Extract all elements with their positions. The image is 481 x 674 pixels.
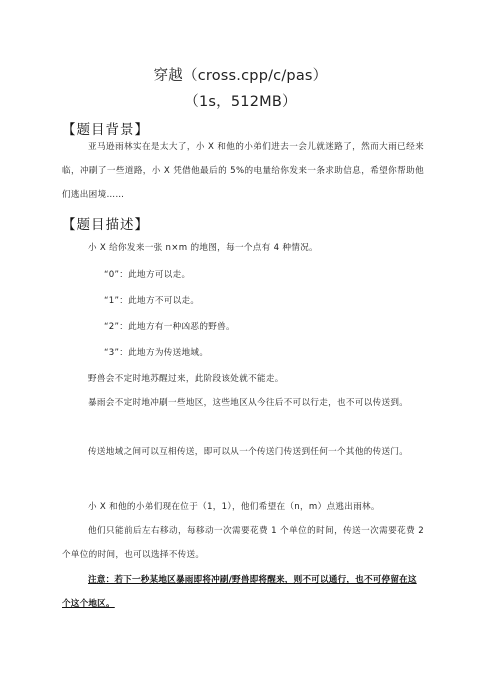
document-page: 穿越（cross.cpp/c/pas） （1s，512MB） 【题目背景】 亚马… xyxy=(0,0,481,674)
problem-limits: （1s，512MB） xyxy=(0,90,481,111)
problem-title: 穿越（cross.cpp/c/pas） xyxy=(0,64,481,85)
note-paragraph: 注意：若下一秒某地区暴雨即将冲刷/野兽即将醒来，则不可以通行，也不可停留在这个这… xyxy=(62,568,424,616)
movement-paragraph: 他们只能前后左右移动，每移动一次需要花费 1 个单位的时间，传送一次需要花费 2… xyxy=(62,519,424,567)
beast-paragraph: 野兽会不定时地苏醒过来，此阶段该处就不能走。 xyxy=(88,372,284,384)
storm-paragraph: 暴雨会不定时地冲刷一些地区，这些地区从今往后不可以行走，也不可以传送到。 xyxy=(62,391,424,415)
teleport-paragraph: 传送地域之间可以互相传送，即可以从一个传送门传送到任何一个其他的传送门。 xyxy=(62,440,424,464)
position-paragraph: 小 X 和他的小弟们现在位于（1，1），他们希望在（n，m）点逃出雨林。 xyxy=(88,500,380,512)
case-item-3: “3”：此地方为传送地域。 xyxy=(104,346,208,358)
case-item-2: “2”：此地方有一种凶恶的野兽。 xyxy=(104,320,235,332)
section-heading-description: 【题目描述】 xyxy=(62,213,149,233)
description-intro: 小 X 给你发来一张 n×m 的地图，每一个点有 4 种情况。 xyxy=(88,241,318,253)
case-item-1: “1”：此地方不可以走。 xyxy=(104,294,199,306)
case-item-0: “0”：此地方可以走。 xyxy=(104,268,190,280)
background-paragraph: 亚马逊雨林实在是太大了，小 X 和他的小弟们进去一会儿就迷路了，然而大雨已经来临… xyxy=(62,135,424,207)
